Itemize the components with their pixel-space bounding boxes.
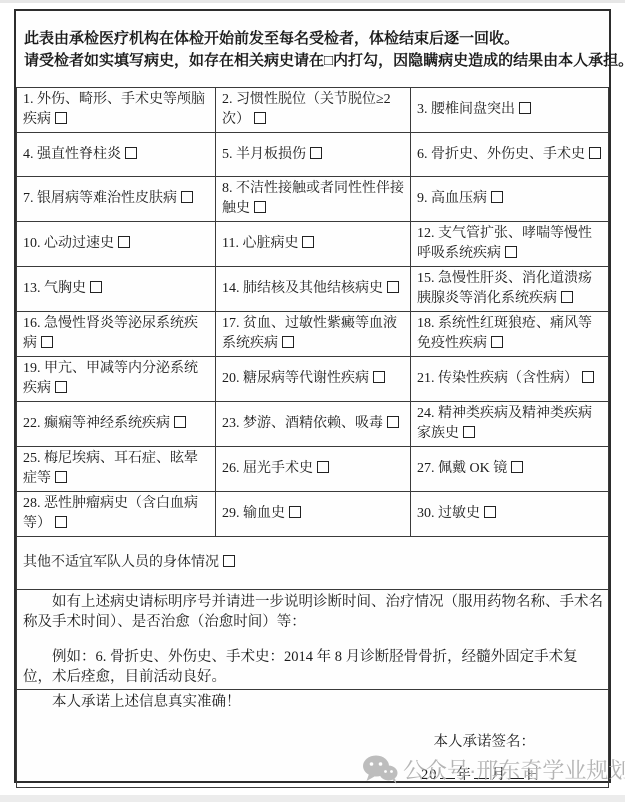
item-text: 14. 肺结核及其他结核病史 — [222, 281, 383, 296]
item-cell: 19. 甲亢、甲减等内分泌系统疾病 — [17, 357, 216, 402]
signature-line: 本人承诺签名： — [23, 732, 603, 752]
item-checkbox[interactable] — [254, 112, 266, 124]
instructions-line2: 请受检者如实填写病史，如存在相关病史请在□内打勾，因隐瞒病史造成的结果由本人承担… — [24, 50, 599, 72]
item-cell: 18. 系统性红斑狼疮、痛风等免疫性疾病 — [411, 312, 609, 357]
other-condition-checkbox[interactable] — [223, 555, 235, 567]
item-text: 4. 强直性脊柱炎 — [23, 147, 121, 162]
table-row: 22. 癫痫等神经系统疾病23. 梦游、酒精依赖、吸毒24. 精神类疾病及精神类… — [17, 402, 609, 447]
wechat-icon — [362, 754, 398, 785]
item-checkbox[interactable] — [125, 147, 137, 159]
watermark: 公众号·邢东奇学业规划 — [362, 754, 625, 785]
item-checkbox[interactable] — [310, 147, 322, 159]
other-condition-text: 其他不适宜军队人员的身体情况 — [23, 555, 219, 570]
item-text: 21. 传染性疾病（含性病） — [417, 371, 578, 386]
item-text: 3. 腰椎间盘突出 — [417, 102, 515, 117]
watermark-text: 公众号·邢东奇学业规划 — [403, 754, 625, 785]
item-cell: 10. 心动过速史 — [17, 222, 216, 267]
item-checkbox[interactable] — [55, 381, 67, 393]
item-checkbox[interactable] — [387, 416, 399, 428]
item-checkbox[interactable] — [387, 281, 399, 293]
item-cell: 20. 糖尿病等代谢性疾病 — [216, 357, 411, 402]
item-text: 25. 梅尼埃病、耳石症、眩晕症等 — [23, 451, 198, 486]
table-row: 28. 恶性肿瘤病史（含白血病等）29. 输血史30. 过敏史 — [17, 492, 609, 537]
form-frame: 此表由承检医疗机构在体检开始前发至每名受检者，体检结束后逐一回收。 请受检者如实… — [14, 9, 611, 783]
item-cell: 7. 银屑病等难治性皮肤病 — [17, 177, 216, 222]
items-body: 1. 外伤、畸形、手术史等颅脑疾病2. 习惯性脱位（关节脱位≥2次）3. 腰椎间… — [17, 88, 609, 537]
item-text: 19. 甲亢、甲减等内分泌系统疾病 — [23, 361, 198, 396]
item-text: 29. 输血史 — [222, 506, 285, 521]
table-row: 13. 气胸史14. 肺结核及其他结核病史15. 急慢性肝炎、消化道溃疡胰腺炎等… — [17, 267, 609, 312]
item-cell: 2. 习惯性脱位（关节脱位≥2次） — [216, 88, 411, 133]
item-checkbox[interactable] — [55, 516, 67, 528]
item-cell: 26. 屈光手术史 — [216, 447, 411, 492]
item-checkbox[interactable] — [254, 201, 266, 213]
item-cell: 25. 梅尼埃病、耳石症、眩晕症等 — [17, 447, 216, 492]
signature-label: 本人承诺签名： — [434, 734, 536, 750]
item-cell: 16. 急慢性肾炎等泌尿系统疾病 — [17, 312, 216, 357]
item-checkbox[interactable] — [118, 236, 130, 248]
item-checkbox[interactable] — [582, 371, 594, 383]
item-text: 30. 过敏史 — [417, 506, 480, 521]
item-checkbox[interactable] — [181, 191, 193, 203]
item-checkbox[interactable] — [491, 191, 503, 203]
item-text: 2. 习惯性脱位（关节脱位≥2次） — [222, 92, 391, 127]
item-cell: 6. 骨折史、外伤史、手术史 — [411, 133, 609, 177]
item-text: 28. 恶性肿瘤病史（含白血病等） — [23, 496, 198, 531]
item-checkbox[interactable] — [174, 416, 186, 428]
item-cell: 22. 癫痫等神经系统疾病 — [17, 402, 216, 447]
item-cell: 27. 佩戴 OK 镜 — [411, 447, 609, 492]
item-checkbox[interactable] — [463, 426, 475, 438]
item-text: 23. 梦游、酒精依赖、吸毒 — [222, 416, 383, 431]
notes-paragraph-2: 例如：6. 骨折史、外伤史、手术史：2014 年 8 月诊断胫骨骨折，经髓外固定… — [23, 647, 603, 687]
item-text: 6. 骨折史、外伤史、手术史 — [417, 147, 585, 162]
item-checkbox[interactable] — [519, 102, 531, 114]
item-checkbox[interactable] — [511, 461, 523, 473]
item-checkbox[interactable] — [90, 281, 102, 293]
item-checkbox[interactable] — [289, 506, 301, 518]
item-checkbox[interactable] — [302, 236, 314, 248]
form-instructions: 此表由承检医疗机构在体检开始前发至每名受检者，体检结束后逐一回收。 请受检者如实… — [16, 11, 609, 87]
item-cell: 3. 腰椎间盘突出 — [411, 88, 609, 133]
item-cell: 14. 肺结核及其他结核病史 — [216, 267, 411, 312]
item-text: 22. 癫痫等神经系统疾病 — [23, 416, 170, 431]
notes-row: 如有上述病史请标明序号并请进一步说明诊断时间、治疗情况（服用药物名称、手术名称及… — [17, 590, 609, 690]
item-text: 11. 心脏病史 — [222, 236, 298, 251]
item-text: 13. 气胸史 — [23, 281, 86, 296]
item-cell: 28. 恶性肿瘤病史（含白血病等） — [17, 492, 216, 537]
item-text: 20. 糖尿病等代谢性疾病 — [222, 371, 369, 386]
item-text: 26. 屈光手术史 — [222, 461, 313, 476]
item-cell: 11. 心脏病史 — [216, 222, 411, 267]
item-checkbox[interactable] — [282, 336, 294, 348]
item-cell: 24. 精神类疾病及精神类疾病家族史 — [411, 402, 609, 447]
item-checkbox[interactable] — [55, 112, 67, 124]
item-cell: 30. 过敏史 — [411, 492, 609, 537]
item-text: 7. 银屑病等难治性皮肤病 — [23, 191, 177, 206]
item-text: 27. 佩戴 OK 镜 — [417, 461, 507, 476]
item-text: 9. 高血压病 — [417, 191, 487, 206]
item-cell: 23. 梦游、酒精依赖、吸毒 — [216, 402, 411, 447]
item-cell: 4. 强直性脊柱炎 — [17, 133, 216, 177]
other-condition-cell: 其他不适宜军队人员的身体情况 — [17, 537, 609, 590]
item-checkbox[interactable] — [505, 246, 517, 258]
item-text: 5. 半月板损伤 — [222, 147, 306, 162]
notes-cell: 如有上述病史请标明序号并请进一步说明诊断时间、治疗情况（服用药物名称、手术名称及… — [17, 590, 609, 690]
table-row: 25. 梅尼埃病、耳石症、眩晕症等26. 屈光手术史27. 佩戴 OK 镜 — [17, 447, 609, 492]
item-text: 24. 精神类疾病及精神类疾病家族史 — [417, 406, 592, 441]
item-checkbox[interactable] — [484, 506, 496, 518]
table-row: 10. 心动过速史11. 心脏病史12. 支气管扩张、哮喘等慢性呼吸系统疾病 — [17, 222, 609, 267]
table-row: 16. 急慢性肾炎等泌尿系统疾病17. 贫血、过敏性紫癜等血液系统疾病18. 系… — [17, 312, 609, 357]
item-cell: 8. 不洁性接触或者同性性伴接触史 — [216, 177, 411, 222]
medical-history-table: 1. 外伤、畸形、手术史等颅脑疾病2. 习惯性脱位（关节脱位≥2次）3. 腰椎间… — [16, 87, 609, 788]
item-cell: 9. 高血压病 — [411, 177, 609, 222]
table-row: 4. 强直性脊柱炎5. 半月板损伤6. 骨折史、外伤史、手术史 — [17, 133, 609, 177]
item-cell: 29. 输血史 — [216, 492, 411, 537]
item-text: 17. 贫血、过敏性紫癜等血液系统疾病 — [222, 316, 397, 351]
item-cell: 12. 支气管扩张、哮喘等慢性呼吸系统疾病 — [411, 222, 609, 267]
item-checkbox[interactable] — [373, 371, 385, 383]
item-cell: 5. 半月板损伤 — [216, 133, 411, 177]
instructions-line1: 此表由承检医疗机构在体检开始前发至每名受检者，体检结束后逐一回收。 — [24, 28, 599, 50]
item-checkbox[interactable] — [317, 461, 329, 473]
item-cell: 17. 贫血、过敏性紫癜等血液系统疾病 — [216, 312, 411, 357]
scan-artifact-top — [0, 0, 625, 3]
item-checkbox[interactable] — [55, 471, 67, 483]
notes-paragraph-1: 如有上述病史请标明序号并请进一步说明诊断时间、治疗情况（服用药物名称、手术名称及… — [23, 592, 603, 632]
item-checkbox[interactable] — [41, 336, 53, 348]
item-cell: 13. 气胸史 — [17, 267, 216, 312]
other-condition-row: 其他不适宜军队人员的身体情况 — [17, 537, 609, 590]
item-text: 8. 不洁性接触或者同性性伴接触史 — [222, 181, 404, 216]
table-row: 1. 外伤、畸形、手术史等颅脑疾病2. 习惯性脱位（关节脱位≥2次）3. 腰椎间… — [17, 88, 609, 133]
item-text: 10. 心动过速史 — [23, 236, 114, 251]
item-checkbox[interactable] — [561, 291, 573, 303]
item-cell: 1. 外伤、畸形、手术史等颅脑疾病 — [17, 88, 216, 133]
item-checkbox[interactable] — [491, 336, 503, 348]
declaration-statement: 本人承诺上述信息真实准确！ — [23, 692, 603, 712]
item-text: 1. 外伤、畸形、手术史等颅脑疾病 — [23, 92, 205, 127]
item-text: 18. 系统性红斑狼疮、痛风等免疫性疾病 — [417, 316, 592, 351]
item-cell: 21. 传染性疾病（含性病） — [411, 357, 609, 402]
item-cell: 15. 急慢性肝炎、消化道溃疡胰腺炎等消化系统疾病 — [411, 267, 609, 312]
table-row: 7. 银屑病等难治性皮肤病8. 不洁性接触或者同性性伴接触史9. 高血压病 — [17, 177, 609, 222]
item-checkbox[interactable] — [589, 147, 601, 159]
table-row: 19. 甲亢、甲减等内分泌系统疾病20. 糖尿病等代谢性疾病21. 传染性疾病（… — [17, 357, 609, 402]
scan-artifact-bottom — [0, 795, 625, 802]
